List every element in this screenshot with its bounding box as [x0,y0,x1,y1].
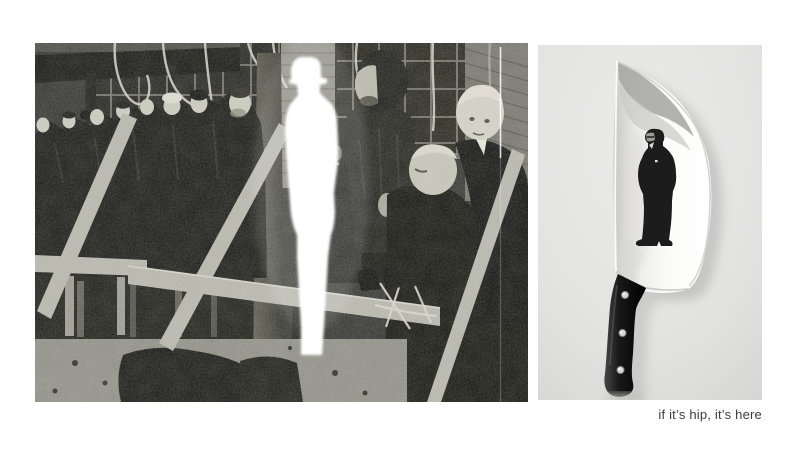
site-watermark: if it’s hip, it’s here [658,407,762,422]
man-pocket-square [655,160,658,162]
page-canvas: Black-and-white archival photograph of a… [0,0,800,450]
rivet [621,291,628,298]
rivet [619,329,626,336]
rivet [617,366,624,373]
gallows-photo-art: Black-and-white archival photograph of a… [35,43,528,402]
knife-photo: Chef's cleaver photographed tip-up on a … [538,45,762,400]
knife-photo-art: Chef's cleaver photographed tip-up on a … [538,45,762,400]
gallows-photo: Black-and-white archival photograph of a… [35,43,528,402]
